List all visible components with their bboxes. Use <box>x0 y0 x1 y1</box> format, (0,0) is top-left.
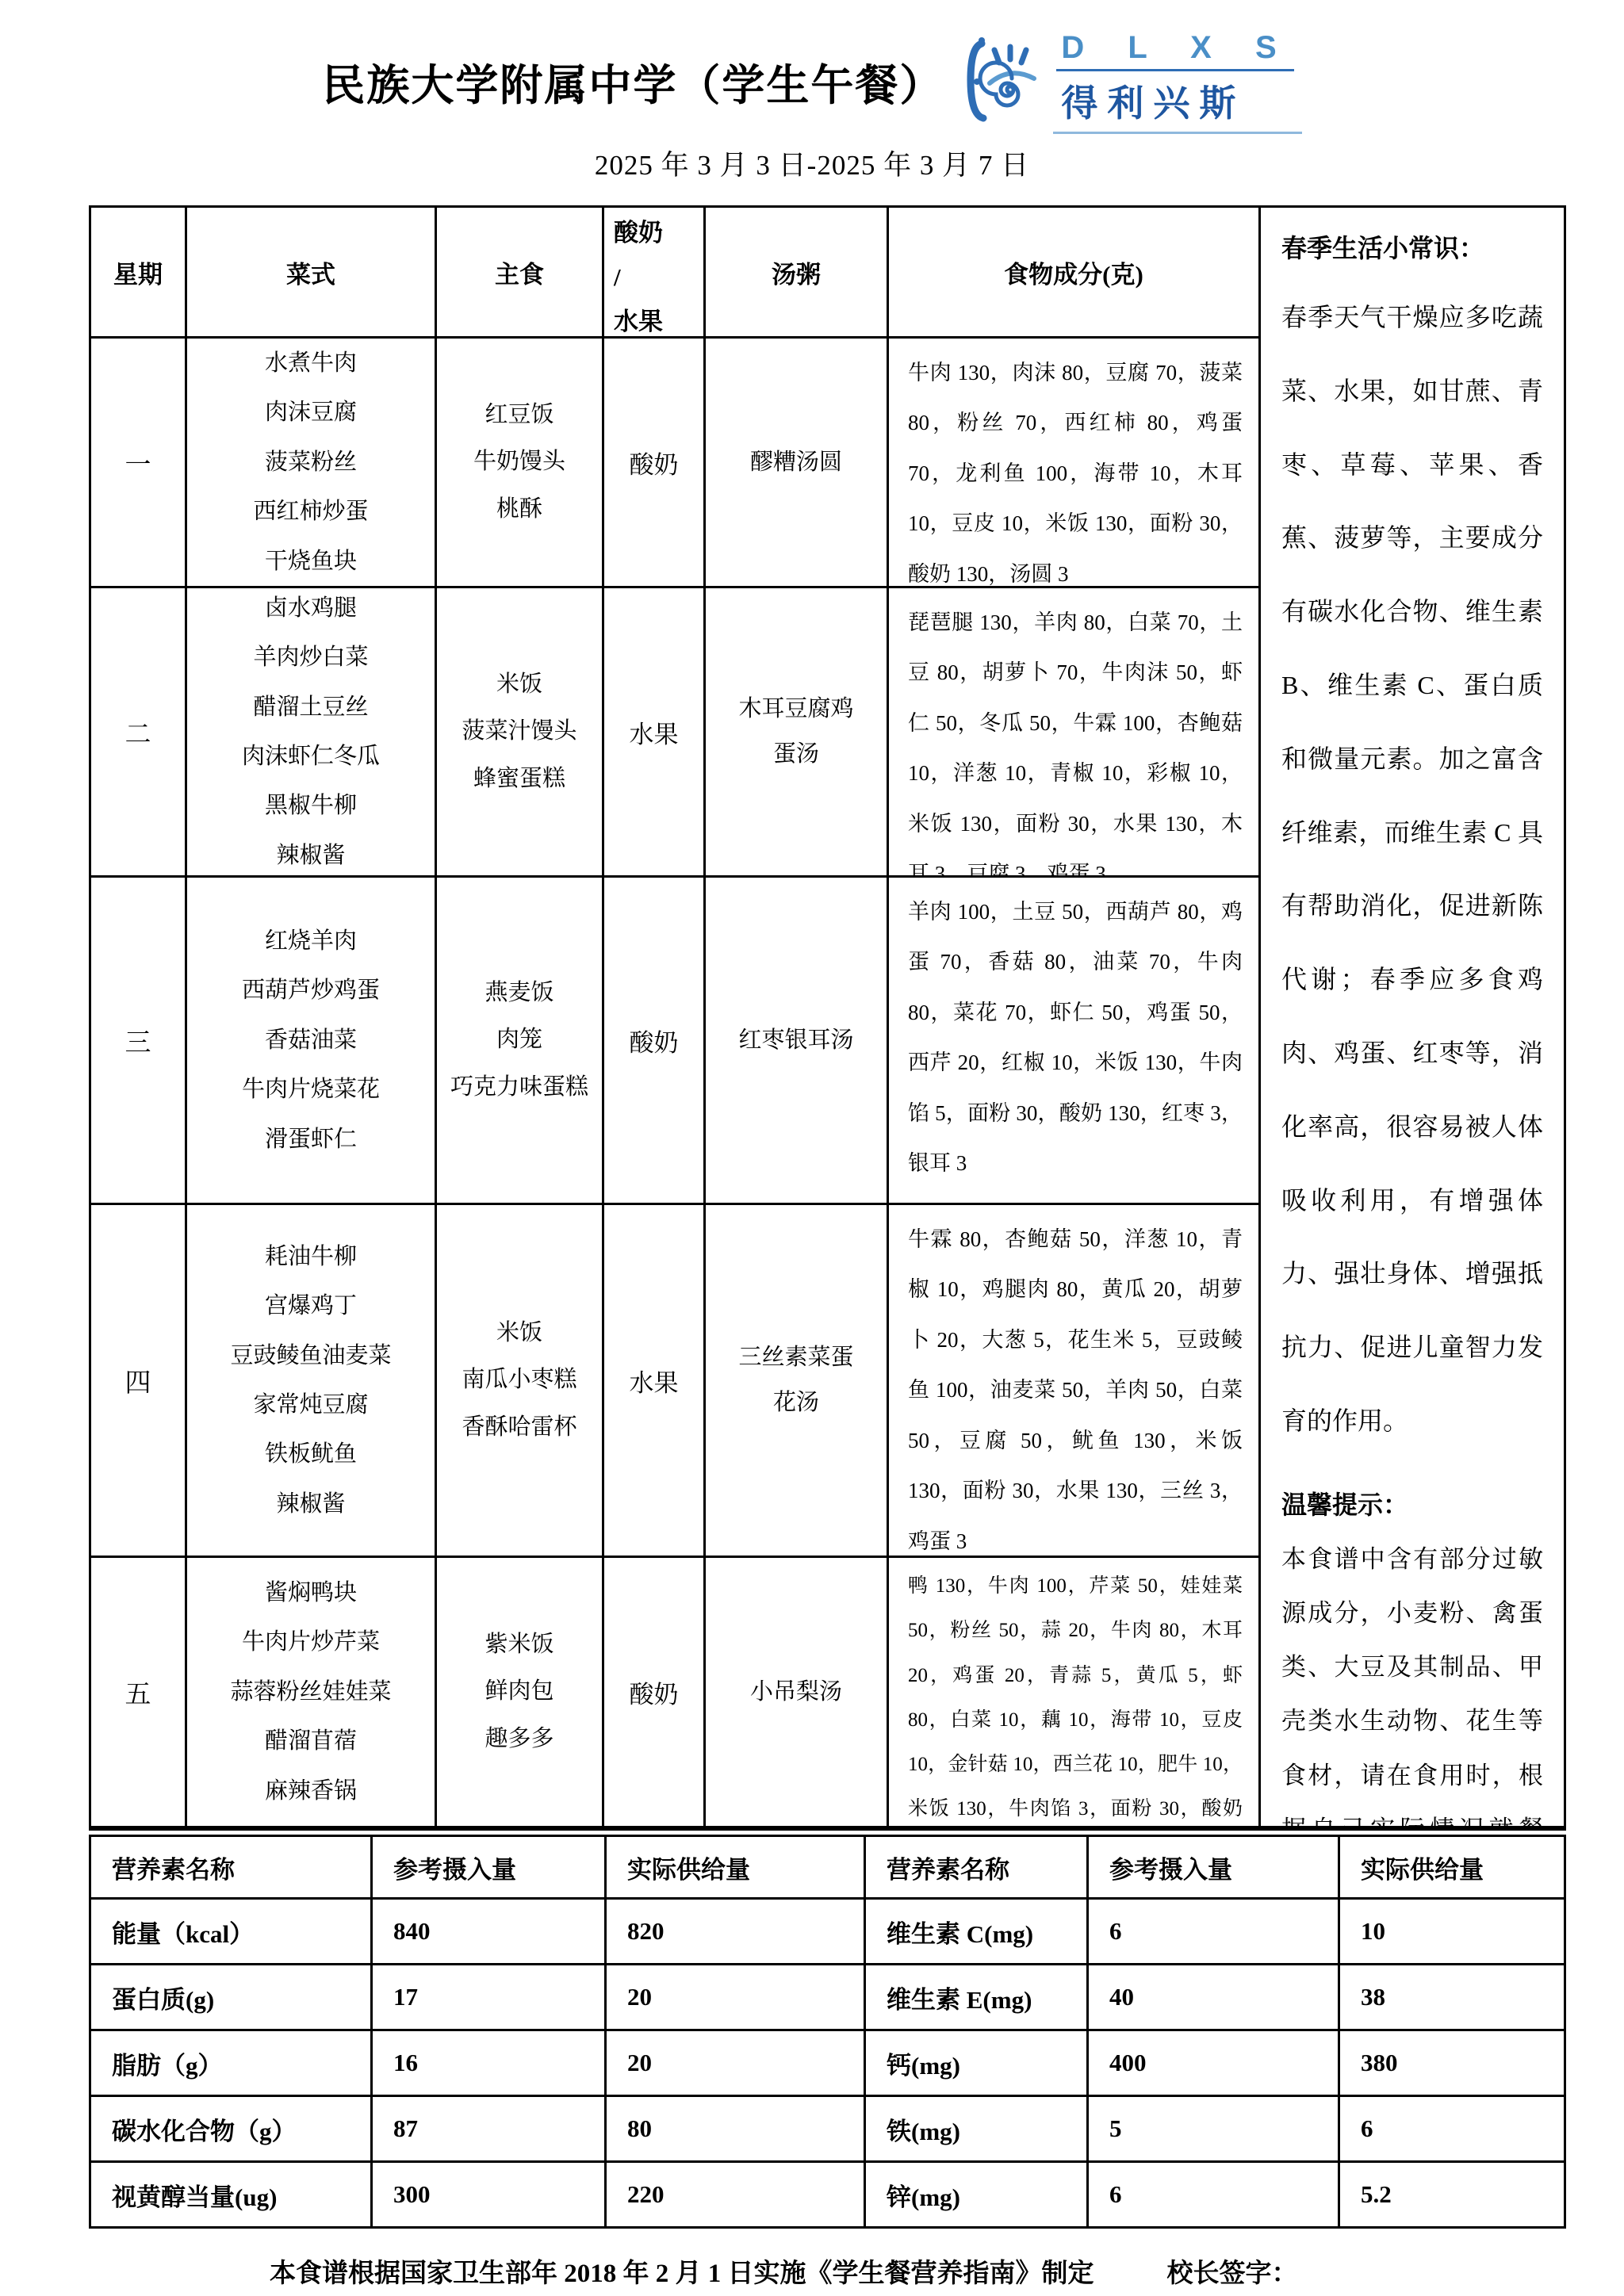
page: 民族大学附属中学（学生午餐） D L X S 得 <box>0 0 1624 2296</box>
nutrient-name-cell: 脂肪（g） <box>91 2031 370 2095</box>
soup-cell: 红枣银耳汤 <box>706 878 887 1203</box>
nutri-header-actual-left: 实际供给量 <box>607 1837 864 1897</box>
dishes-cell: 红烧羊肉 西葫芦炒鸡蛋 香菇油菜 牛肉片烧菜花 滑蛋虾仁 <box>187 878 435 1203</box>
reference-intake-cell: 16 <box>373 2031 604 2095</box>
staples-cell: 燕麦饭 肉笼 巧克力味蛋糕 <box>437 878 602 1203</box>
actual-supply-cell: 10 <box>1340 1900 1564 1963</box>
nutri-header-name-left: 营养素名称 <box>91 1837 370 1897</box>
allergy-notice-body: 本食谱中含有部分过敏源成分，小麦粉、禽蛋类、大豆及其制品、甲壳类水生动物、花生等… <box>1281 1533 1543 1826</box>
col-header-dishes: 菜式 <box>187 208 435 336</box>
soup-cell: 木耳豆腐鸡 蛋汤 <box>706 588 887 875</box>
reference-intake-cell: 6 <box>1089 2163 1338 2226</box>
soup-cell: 醪糟汤圆 <box>706 339 887 586</box>
tips-panel: 春季生活小常识： 春季天气干燥应多吃蔬菜、水果，如甘蔗、青枣、草莓、苹果、香蕉、… <box>1261 208 1564 1826</box>
soup-cell: 三丝素菜蛋 花汤 <box>706 1205 887 1556</box>
yogurt-fruit-cell: 酸奶 <box>604 339 703 586</box>
nutri-header-name-right: 营养素名称 <box>866 1837 1086 1897</box>
nutrient-name-cell: 蛋白质(g) <box>91 1965 370 2029</box>
actual-supply-cell: 20 <box>607 1965 864 2029</box>
actual-supply-cell: 220 <box>607 2163 864 2226</box>
footer: 本食谱根据国家卫生部年 2018 年 2 月 1 日实施《学生餐营养指南》制定 … <box>270 2252 1566 2290</box>
nutrient-name-cell: 维生素 E(mg) <box>866 1965 1086 2029</box>
ingredients-cell: 琵琶腿 130，羊肉 80，白菜 70，土豆 80，胡萝卜 70，牛肉沫 50，… <box>889 588 1258 875</box>
reference-intake-cell: 5 <box>1089 2097 1338 2160</box>
actual-supply-cell: 6 <box>1340 2097 1564 2160</box>
nutrient-name-cell: 铁(mg) <box>866 2097 1086 2160</box>
day-cell: 二 <box>91 588 185 875</box>
nutrient-name-cell: 碳水化合物（g） <box>91 2097 370 2160</box>
actual-supply-cell: 380 <box>1340 2031 1564 2095</box>
dishes-cell: 酱焖鸭块 牛肉片炒芹菜 蒜蓉粉丝娃娃菜 醋溜苜蓿 麻辣香锅 <box>187 1558 435 1826</box>
yogurt-fruit-cell: 水果 <box>604 588 703 875</box>
header: 民族大学附属中学（学生午餐） D L X S 得 <box>0 0 1624 134</box>
allergy-notice-title: 温馨提示： <box>1281 1485 1543 1521</box>
yogurt-fruit-cell: 酸奶 <box>604 878 703 1203</box>
nutri-header-ref-left: 参考摄入量 <box>373 1837 604 1897</box>
day-cell: 四 <box>91 1205 185 1556</box>
yogurt-fruit-cell: 水果 <box>604 1205 703 1556</box>
nutrient-name-cell: 钙(mg) <box>866 2031 1086 2095</box>
staples-cell: 米饭 南瓜小枣糕 香酥哈雷杯 <box>437 1205 602 1556</box>
tips-body: 春季天气干燥应多吃蔬菜、水果，如甘蔗、青枣、草莓、苹果、香蕉、菠萝等，主要成分有… <box>1281 281 1543 1458</box>
reference-intake-cell: 6 <box>1089 1900 1338 1963</box>
eye-swirl-icon <box>958 33 1053 132</box>
actual-supply-cell: 80 <box>607 2097 864 2160</box>
nutrition-table: 营养素名称 参考摄入量 实际供给量 营养素名称 参考摄入量 实际供给量 能量（k… <box>89 1835 1566 2229</box>
ingredients-cell: 牛肉 130，肉沫 80，豆腐 70，菠菜 80，粉丝 70，西红柿 80，鸡蛋… <box>889 339 1258 586</box>
menu-table: 星期 菜式 主食 酸奶 / 水果 汤粥 食物成分(克) 春季生活小常识： 春季天… <box>89 205 1566 1831</box>
page-title: 民族大学附属中学（学生午餐） <box>322 52 944 113</box>
content: 星期 菜式 主食 酸奶 / 水果 汤粥 食物成分(克) 春季生活小常识： 春季天… <box>89 205 1566 2290</box>
ingredients-cell: 鸭 130，牛肉 100，芹菜 50，娃娃菜 50，粉丝 50，蒜 20，牛肉 … <box>889 1558 1258 1826</box>
reference-intake-cell: 300 <box>373 2163 604 2226</box>
actual-supply-cell: 5.2 <box>1340 2163 1564 2226</box>
reference-intake-cell: 17 <box>373 1965 604 2029</box>
tips-title: 春季生活小常识： <box>1281 228 1543 265</box>
staples-cell: 红豆饭 牛奶馒头 桃酥 <box>437 339 602 586</box>
dishes-cell: 卤水鸡腿 羊肉炒白菜 醋溜土豆丝 肉沫虾仁冬瓜 黑椒牛柳 辣椒酱 <box>187 588 435 875</box>
principal-signature-label: 校长签字： <box>1167 2252 1298 2290</box>
reference-intake-cell: 87 <box>373 2097 604 2160</box>
ingredients-cell: 羊肉 100，土豆 50，西葫芦 80，鸡蛋 70，香菇 80，油菜 70，牛肉… <box>889 878 1258 1203</box>
day-cell: 一 <box>91 339 185 586</box>
col-header-weekday: 星期 <box>91 208 185 336</box>
actual-supply-cell: 38 <box>1340 1965 1564 2029</box>
col-header-soup: 汤粥 <box>706 208 887 336</box>
actual-supply-cell: 20 <box>607 2031 864 2095</box>
logo-company-name: 得利兴斯 <box>1056 71 1293 127</box>
col-header-ingredients: 食物成分(克) <box>889 208 1258 336</box>
reference-intake-cell: 40 <box>1089 1965 1338 2029</box>
yogurt-fruit-cell: 酸奶 <box>604 1558 703 1826</box>
nutrient-name-cell: 视黄醇当量(ug) <box>91 2163 370 2226</box>
reference-intake-cell: 400 <box>1089 2031 1338 2095</box>
nutrient-name-cell: 维生素 C(mg) <box>866 1900 1086 1963</box>
actual-supply-cell: 820 <box>607 1900 864 1963</box>
col-header-staple: 主食 <box>437 208 602 336</box>
ingredients-cell: 牛霖 80，杏鲍菇 50，洋葱 10，青椒 10，鸡腿肉 80，黄瓜 20，胡萝… <box>889 1205 1258 1556</box>
dishes-cell: 耗油牛柳 宫爆鸡丁 豆豉鲮鱼油麦菜 家常炖豆腐 铁板鱿鱼 辣椒酱 <box>187 1205 435 1556</box>
day-cell: 三 <box>91 878 185 1203</box>
date-range: 2025 年 3 月 3 日-2025 年 3 月 7 日 <box>0 143 1624 183</box>
col-header-yogurt-fruit: 酸奶 / 水果 <box>604 208 703 336</box>
logo-text-block: D L X S 得利兴斯 <box>1053 30 1301 134</box>
staples-cell: 紫米饭 鲜肉包 趣多多 <box>437 1558 602 1826</box>
dishes-cell: 水煮牛肉 肉沫豆腐 菠菜粉丝 西红柿炒蛋 干烧鱼块 <box>187 339 435 586</box>
reference-intake-cell: 840 <box>373 1900 604 1963</box>
soup-cell: 小吊梨汤 <box>706 1558 887 1826</box>
day-cell: 五 <box>91 1558 185 1826</box>
nutri-header-ref-right: 参考摄入量 <box>1089 1837 1338 1897</box>
company-logo: D L X S 得利兴斯 <box>958 30 1301 134</box>
staples-cell: 米饭 菠菜汁馒头 蜂蜜蛋糕 <box>437 588 602 875</box>
nutrient-name-cell: 能量（kcal） <box>91 1900 370 1963</box>
logo-letters: D L X S <box>1056 30 1293 71</box>
footer-note: 本食谱根据国家卫生部年 2018 年 2 月 1 日实施《学生餐营养指南》制定 <box>270 2252 1094 2290</box>
nutrient-name-cell: 锌(mg) <box>866 2163 1086 2226</box>
nutri-header-actual-right: 实际供给量 <box>1340 1837 1564 1897</box>
